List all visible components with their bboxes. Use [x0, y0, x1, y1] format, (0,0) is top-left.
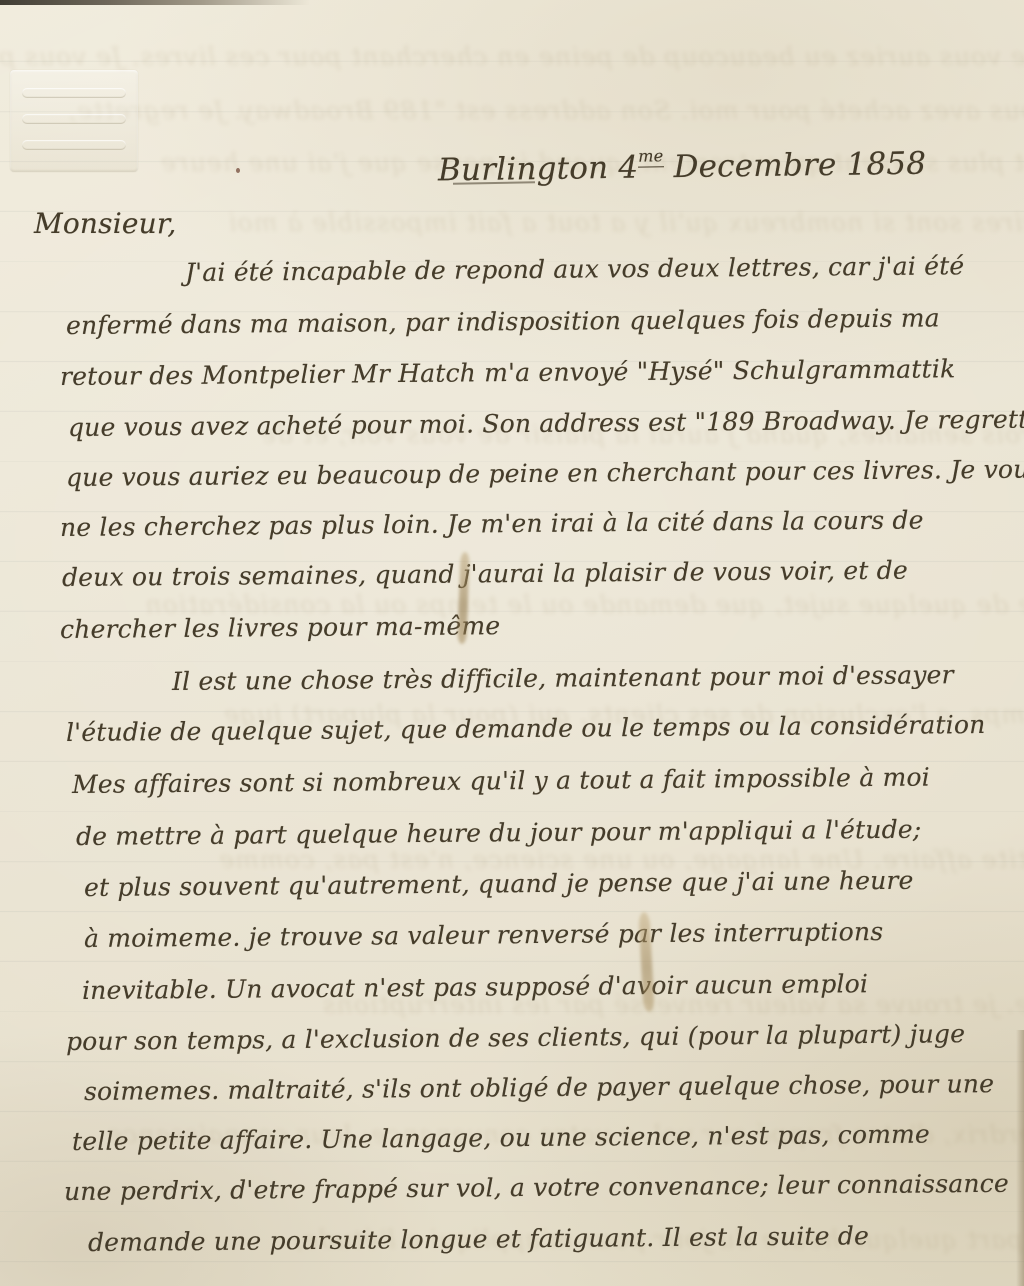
salutation: Monsieur,: [34, 210, 177, 238]
dateline-superscript: me: [638, 146, 664, 167]
letter-line: Mes affaires sont si nombreux qu'il y a …: [72, 765, 930, 797]
letter-scan-page: que vous auriez eu beaucoup de peine en …: [0, 0, 1024, 1286]
scan-edge-artifact: [0, 0, 310, 5]
dateline-rest: Decembre 1858: [663, 146, 926, 186]
letter-line: une perdrix, d'etre frappé sur vol, a vo…: [64, 1171, 1009, 1204]
letter-line: que vous avez acheté pour moi. Son addre…: [68, 406, 1024, 440]
letter-line: demande une poursuite longue et fatiguan…: [88, 1223, 869, 1255]
letter-line: chercher les livres pour ma-même: [60, 613, 501, 642]
letter-line: Il est une chose très difficile, mainten…: [172, 662, 954, 694]
letter-line: que vous auriez eu beaucoup de peine en …: [66, 456, 1024, 490]
letter-line: enfermé dans ma maison, par indispositio…: [66, 305, 940, 338]
letter-line: de mettre à part quelque heure du jour p…: [76, 817, 922, 849]
paper-speck: [236, 168, 240, 173]
scan-edge-artifact: [1016, 1030, 1024, 1286]
letter-line: ne les cherchez pas plus loin. Je m'en i…: [60, 507, 924, 540]
letter-line: pour son temps, a l'exclusion de ses cli…: [66, 1021, 965, 1054]
letter-line: inevitable. Un avocat n'est pas supposé …: [82, 971, 868, 1003]
letter-line: l'étudie de quelque sujet, que demande o…: [66, 712, 986, 745]
letter-line: telle petite affaire. Une langage, ou un…: [72, 1122, 930, 1154]
letter-line: et plus souvent qu'autrement, quand je p…: [84, 868, 914, 900]
letter-line: soimemes. maltraité, s'ils ont obligé de…: [84, 1071, 994, 1104]
letter-line: retour des Montpelier Mr Hatch m'a envoy…: [60, 356, 956, 389]
letter-line: deux ou trois semaines, quand j'aurai la…: [62, 558, 908, 590]
letter-line: à moimeme. je trouve sa valeur renversé …: [84, 919, 884, 951]
letter-line: J'ai été incapable de repond aux vos deu…: [185, 253, 965, 285]
dateline: Burlington 4me Decembre 1858: [438, 145, 927, 187]
letter-content: Burlington 4me Decembre 1858 Monsieur, J…: [0, 0, 1024, 1286]
